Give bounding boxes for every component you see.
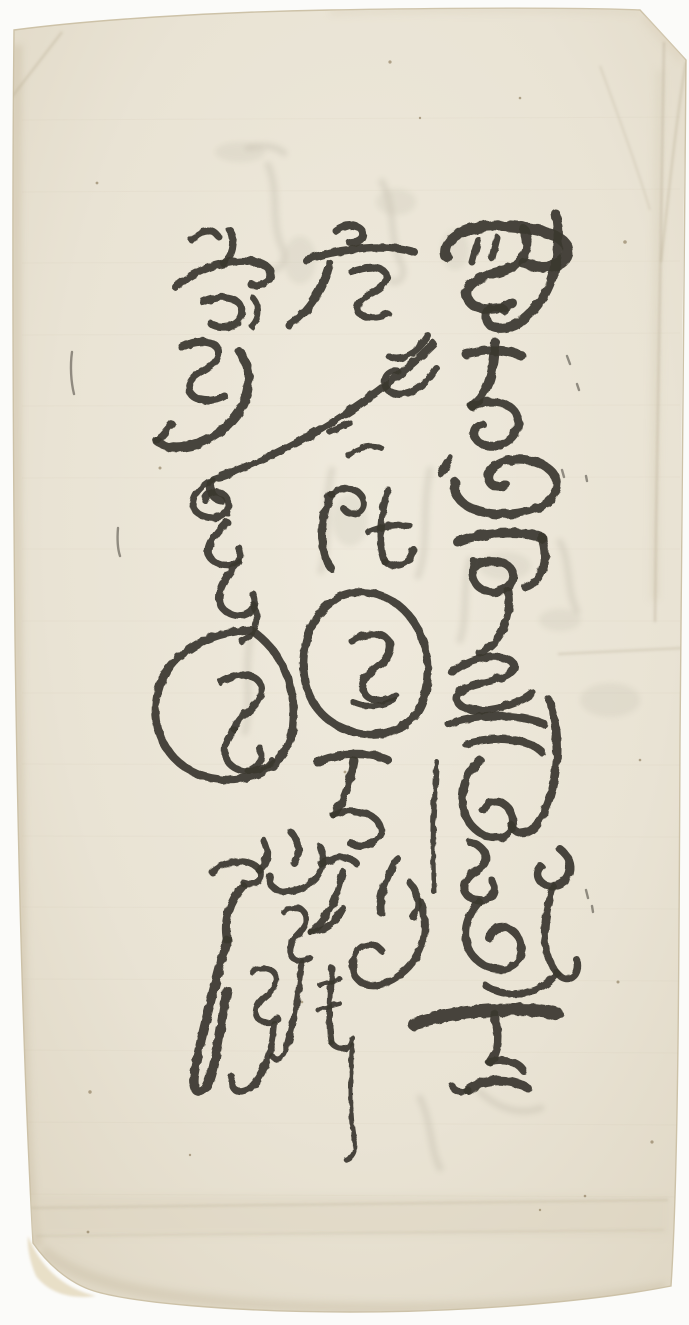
photograph-of-manuscript [0, 0, 689, 1325]
manuscript-photo [0, 0, 689, 1325]
